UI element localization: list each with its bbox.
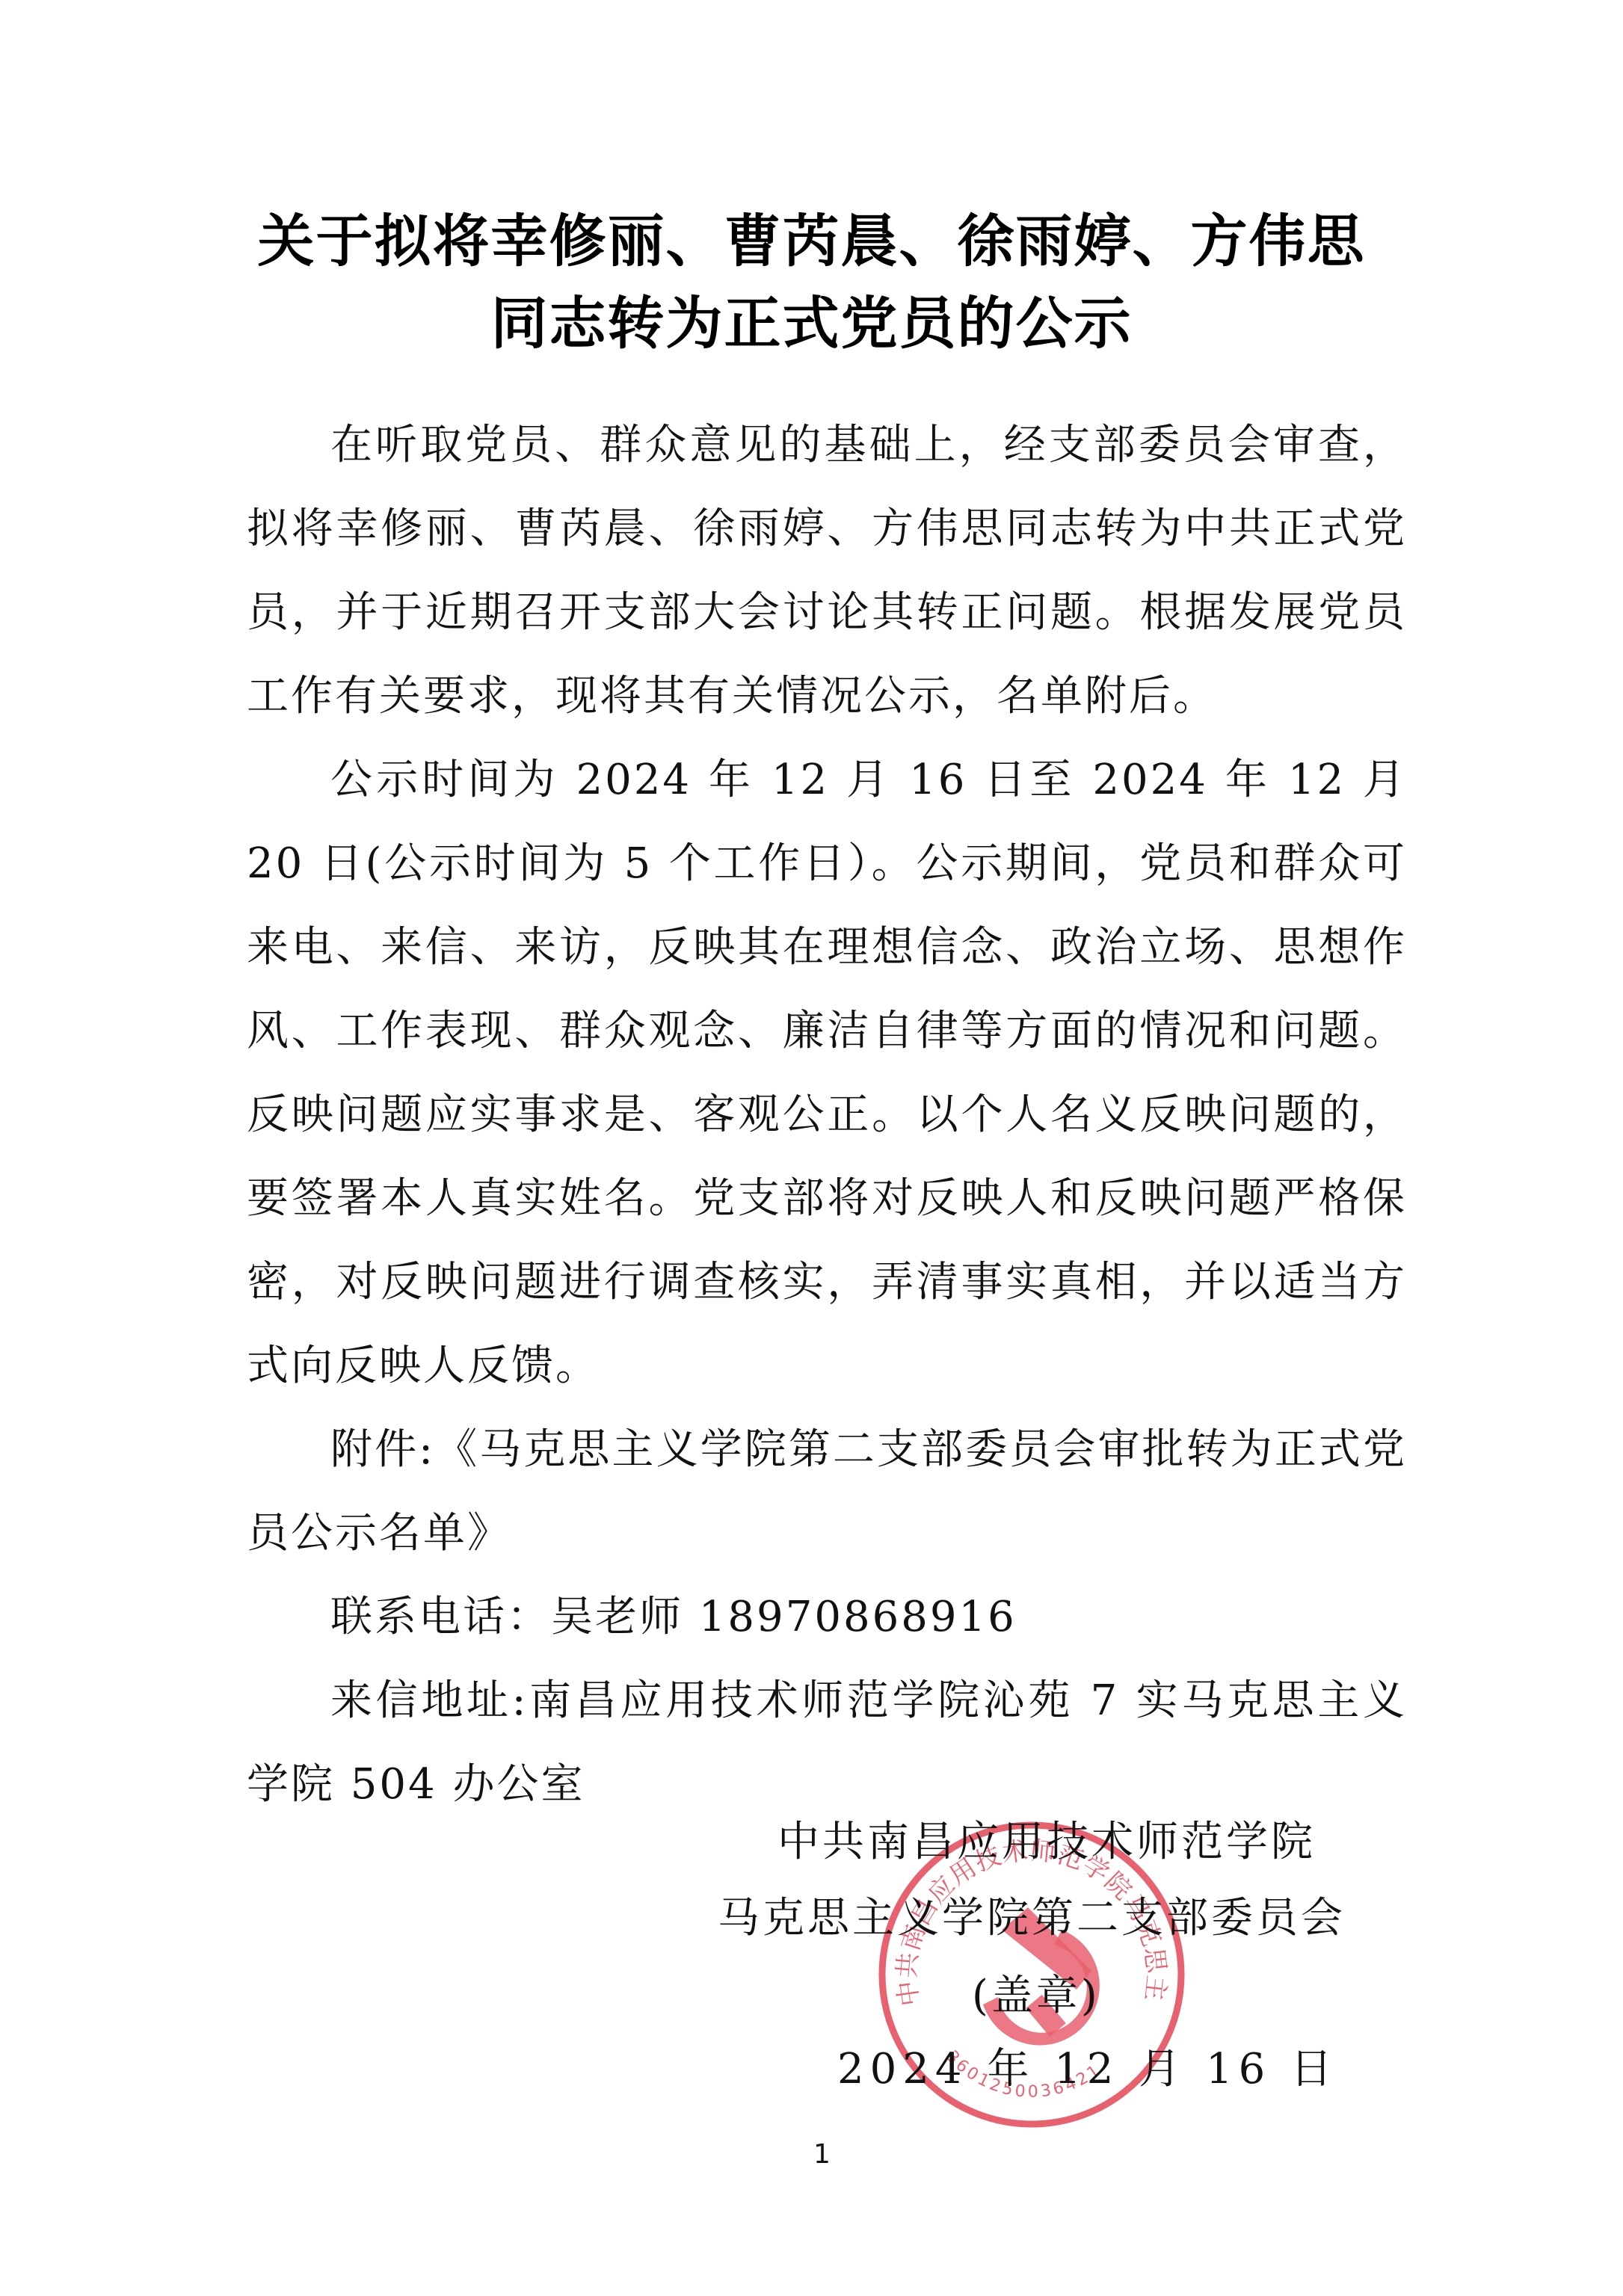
paragraph-contact-phone: 联系电话：吴老师 18970868916 <box>247 1576 1407 1659</box>
signature-date: 2024 年 12 月 16 日 <box>837 2036 1338 2096</box>
document-body: 在听取党员、群众意见的基础上，经支部委员会审查，拟将幸修丽、曹芮晨、徐雨婷、方伟… <box>247 404 1407 1827</box>
page-number: 1 <box>813 2139 831 2170</box>
document-title-line-1: 关于拟将幸修丽、曹芮晨、徐雨婷、方伟思 <box>0 196 1623 277</box>
signature-org-line-2: 马克思主义学院第二支部委员会 <box>718 1885 1346 1945</box>
paragraph-attachment: 附件:《马克思主义学院第二支部委员会审批转为正式党员公示名单》 <box>247 1408 1407 1576</box>
signature-org-line-1: 中共南昌应用技术师范学院 <box>777 1809 1316 1868</box>
stamp-label: (盖章) <box>972 1963 1100 2022</box>
document-title-line-2: 同志转为正式党员的公示 <box>0 278 1623 359</box>
paragraph-publicity-period: 公示时间为 2024 年 12 月 16 日至 2024 年 12 月 20 日… <box>247 738 1407 1408</box>
paragraph-intro: 在听取党员、群众意见的基础上，经支部委员会审查，拟将幸修丽、曹芮晨、徐雨婷、方伟… <box>247 404 1407 738</box>
document-page: 关于拟将幸修丽、曹芮晨、徐雨婷、方伟思 同志转为正式党员的公示 在听取党员、群众… <box>0 0 1623 2296</box>
paragraph-mailing-address: 来信地址:南昌应用技术师范学院沁苑 7 实马克思主义学院 504 办公室 <box>247 1659 1407 1827</box>
